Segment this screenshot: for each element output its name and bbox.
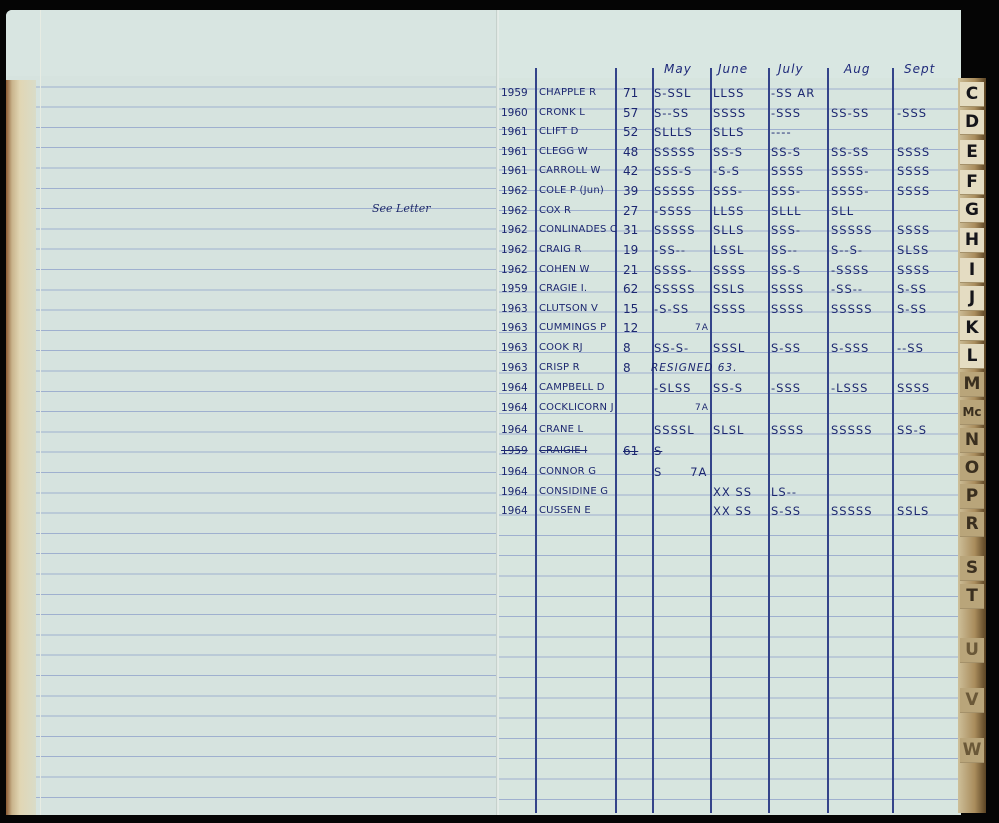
name-cell: CRAGIE I. [539,279,619,299]
year-cell: 1963 [501,318,533,338]
sept-cell: SSSS [897,181,961,201]
ledger-row-struck: 1959 CRAIGIE I 61 S [499,441,961,461]
index-tab-p[interactable]: P [960,484,984,509]
july-cell: ---- [771,122,829,142]
month-heading-july: July [778,62,804,76]
index-tab-d[interactable]: D [960,110,984,135]
july-cell: SSSS [771,420,829,440]
index-tab-i[interactable]: I [960,258,984,283]
left-page-edge [6,80,36,815]
june-cell: LSSL [713,240,769,260]
number-cell: 8 [623,338,647,358]
ledger-row: 1963 COOK RJ 8 SS-S- SSSL S-SS S-SSS --S… [499,338,961,358]
ledger-book: See Letter May June July Aug Sept 1959 C… [0,0,999,823]
index-tab-f[interactable]: F [960,170,984,195]
june-cell: SSLS [713,279,769,299]
june-cell: SS-S [713,378,769,398]
name-cell: CLUTSON V [539,299,619,319]
may-cell: SSSSS [654,142,712,162]
ledger-row: 1959 CRAGIE I. 62 SSSSS SSLS SSSS -SS-- … [499,279,961,299]
aug-cell: SS-SS [831,103,895,123]
number-cell: 61 [623,441,647,461]
year-cell: 1964 [501,482,533,502]
july-cell: SS-S [771,142,829,162]
sept-cell: SSSS [897,378,961,398]
aug-cell: S-SSS [831,338,895,358]
sept-cell: SSSS [897,260,961,280]
may-cell: SS-S- [654,338,712,358]
june-cell: SSSS [713,260,769,280]
ledger-row: 1963 CLUTSON V 15 -S-SS SSSS SSSS SSSSS … [499,299,961,319]
ledger-row: 1964 CONSIDINE G XX SS LS-- [499,482,961,502]
may-cell: SSSSS [654,181,712,201]
july-cell: S-SS [771,338,829,358]
year-cell: 1961 [501,142,533,162]
aug-cell: SSSS- [831,181,895,201]
name-cell: COOK RJ [539,338,619,358]
see-letter-note: See Letter [372,202,430,215]
aug-cell: -SS-- [831,279,895,299]
june-cell: SSSS [713,299,769,319]
year-cell: 1962 [501,181,533,201]
june-cell: SSSL [713,338,769,358]
july-cell: SSS- [771,220,829,240]
month-heading-sept: Sept [904,62,935,76]
june-cell: SSS- [713,181,769,201]
year-cell: 1960 [501,103,533,123]
may-cell: S-SSL [654,83,712,103]
year-cell: 1963 [501,299,533,319]
index-tab-m[interactable]: M [960,372,984,397]
ledger-row: 1964 COCKLICORN J 7A [499,398,961,418]
aug-cell: SLL [831,201,895,221]
may-cell: -SS-- [654,240,712,260]
ledger-row: 1962 CRAIG R 19 -SS-- LSSL SS-- S--S- SL… [499,240,961,260]
july-cell: SSSS [771,279,829,299]
year-cell: 1961 [501,161,533,181]
alphabet-index-tabs: C D E F G H I J K L M Mc N O P R S T U V… [958,78,986,813]
june-cell: XX SS [713,482,769,502]
name-cell: CONLINADES C [539,220,619,240]
aug-cell: SSSSS [831,501,895,521]
sept-cell: SSLS [897,501,961,521]
year-cell: 1961 [501,122,533,142]
name-cell: CLEGG W [539,142,619,162]
may-cell: -S-SS [654,299,712,319]
aug-cell: SSSS- [831,161,895,181]
year-cell: 1963 [501,358,533,378]
index-tab-mc[interactable]: Mc [960,400,984,425]
number-cell: 52 [623,122,647,142]
ledger-row: 1964 CONNOR G S 7A [499,462,961,482]
july-cell: SSS- [771,181,829,201]
may-cell: SSSS- [654,260,712,280]
name-cell: CONSIDINE G [539,482,619,502]
may-cell: SLLLS [654,122,712,142]
index-tab-c[interactable]: C [960,82,984,107]
year-cell: 1962 [501,201,533,221]
name-cell: CUMMINGS P [539,318,619,338]
ledger-row: 1960 CRONK L 57 S--SS SSSS -SSS SS-SS -S… [499,103,961,123]
aug-cell: SSSSS [831,220,895,240]
year-cell: 1964 [501,420,533,440]
name-cell: CRISP R [539,358,619,378]
month-heading-may: May [664,62,692,76]
june-cell: SSSS [713,103,769,123]
july-cell: -SSS [771,103,829,123]
name-cell: CRONK L [539,103,619,123]
june-cell: SLLS [713,122,769,142]
july-cell: SS-S [771,260,829,280]
sept-cell: SSSS [897,142,961,162]
june-cell: XX SS [713,501,769,521]
index-tab-o[interactable]: O [960,456,984,481]
number-cell: 57 [623,103,647,123]
july-cell: S-SS [771,501,829,521]
name-cell: COX R [539,201,619,221]
ledger-row: 1962 COX R 27 -SSSS LLSS SLLL SLL [499,201,961,221]
name-cell: CARROLL W [539,161,619,181]
index-tab-g[interactable]: G [960,198,984,223]
aug-cell: SSSSS [831,299,895,319]
month-heading-aug: Aug [844,62,870,76]
ledger-row: 1963 CRISP R 8 RESIGNED 63. [499,358,961,378]
sept-cell: SS-S [897,420,961,440]
index-tab-n[interactable]: N [960,428,984,453]
index-tab-j[interactable]: J [960,286,984,311]
july-cell: SS-- [771,240,829,260]
june-cell: LLSS [713,201,769,221]
june-cell: LLSS [713,83,769,103]
ledger-row: 1961 CARROLL W 42 SSS-S -S-S SSSS SSSS- … [499,161,961,181]
name-cell: CAMPBELL D [539,378,619,398]
name-cell: COHEN W [539,260,619,280]
july-cell: -SS AR [771,83,829,103]
may-cell: SSSSL [654,420,712,440]
index-tab-r[interactable]: R [960,512,984,537]
number-cell: 27 [623,201,647,221]
name-cell: COCKLICORN J [539,398,619,418]
sept-cell: SSSS [897,161,961,181]
month-heading-june: June [718,62,748,76]
index-tab-u[interactable]: U [960,638,984,663]
number-cell: 8 [623,358,647,378]
number-cell: 71 [623,83,647,103]
july-cell: LS-- [771,482,829,502]
may-cell: SSS-S [654,161,712,181]
may-cell: SSSSS [654,279,712,299]
index-tab-t[interactable]: T [960,584,984,609]
year-cell: 1963 [501,338,533,358]
index-tab-v[interactable]: V [960,688,984,713]
ledger-row: 1962 COLE P (Jun) 39 SSSSS SSS- SSS- SSS… [499,181,961,201]
may-cell: S--SS [654,103,712,123]
june-cell: SS-S [713,142,769,162]
name-cell: CRAIG R [539,240,619,260]
june-cell: -S-S [713,161,769,181]
ledger-row: 1959 CHAPPLE R 71 S-SSL LLSS -SS AR [499,83,961,103]
year-cell: 1964 [501,378,533,398]
ledger-row: 1961 CLEGG W 48 SSSSS SS-S SS-S SS-SS SS… [499,142,961,162]
sept-cell: S-SS [897,279,961,299]
year-cell: 1964 [501,398,533,418]
ledger-row: 1962 COHEN W 21 SSSS- SSSS SS-S -SSSS SS… [499,260,961,280]
number-cell: 12 [623,318,647,338]
ledger-row: 1962 CONLINADES C 31 SSSSS SLLS SSS- SSS… [499,220,961,240]
sept-cell: SSSS [897,220,961,240]
number-cell: 48 [623,142,647,162]
name-cell: COLE P (Jun) [539,181,619,201]
aug-cell: SS-SS [831,142,895,162]
aug-cell: -SSSS [831,260,895,280]
left-page-margin [40,10,41,815]
year-cell: 1962 [501,240,533,260]
may-cell: 7A [695,318,753,338]
name-cell: CRANE L [539,420,619,440]
may-cell: S [654,441,712,461]
july-cell: SSSS [771,299,829,319]
index-tab-k[interactable]: K [960,316,984,341]
aug-cell: SSSSS [831,420,895,440]
sept-cell: SLSS [897,240,961,260]
year-cell: 1962 [501,220,533,240]
name-cell: CHAPPLE R [539,83,619,103]
aug-cell: -LSSS [831,378,895,398]
may-cell: SSSSS [654,220,712,240]
index-tab-l[interactable]: L [960,344,984,369]
number-cell: 42 [623,161,647,181]
left-page-header [6,10,498,76]
number-cell: 21 [623,260,647,280]
may-cell: -SLSS [654,378,712,398]
july-cell: -SSS [771,378,829,398]
year-cell: 1964 [501,501,533,521]
sept-cell: -SSS [897,103,961,123]
sept-cell: --SS [897,338,961,358]
aug-cell: S--S- [831,240,895,260]
name-cell: CONNOR G [539,462,619,482]
year-cell: 1962 [501,260,533,280]
july-cell: SSSS [771,161,829,181]
june-cell: SLLS [713,220,769,240]
index-tab-w[interactable]: W [960,738,984,763]
may-cell: 7A [695,398,753,418]
ledger-row: 1964 CRANE L SSSSL SLSL SSSS SSSSS SS-S [499,420,961,440]
number-cell: 62 [623,279,647,299]
ledger-row: 1964 CAMPBELL D -SLSS SS-S -SSS -LSSS SS… [499,378,961,398]
index-tab-e[interactable]: E [960,140,984,165]
june-cell: SLSL [713,420,769,440]
left-page [6,10,498,815]
number-cell: 15 [623,299,647,319]
ledger-row: 1964 CUSSEN E XX SS S-SS SSSSS SSLS [499,501,961,521]
may-cell: S 7A [654,462,712,482]
resigned-note: RESIGNED 63. [651,358,737,378]
name-cell: CUSSEN E [539,501,619,521]
ledger-row: 1961 CLIFT D 52 SLLLS SLLS ---- [499,122,961,142]
sept-cell: S-SS [897,299,961,319]
year-cell: 1964 [501,462,533,482]
year-cell: 1959 [501,279,533,299]
year-cell: 1959 [501,441,533,461]
year-cell: 1959 [501,83,533,103]
index-tab-s[interactable]: S [960,556,984,581]
may-cell: -SSSS [654,201,712,221]
july-cell: SLLL [771,201,829,221]
name-cell: CLIFT D [539,122,619,142]
ledger-row: 1963 CUMMINGS P 12 7A [499,318,961,338]
number-cell: 39 [623,181,647,201]
index-tab-h[interactable]: H [960,228,984,253]
number-cell: 31 [623,220,647,240]
number-cell: 19 [623,240,647,260]
name-cell: CRAIGIE I [539,441,619,461]
